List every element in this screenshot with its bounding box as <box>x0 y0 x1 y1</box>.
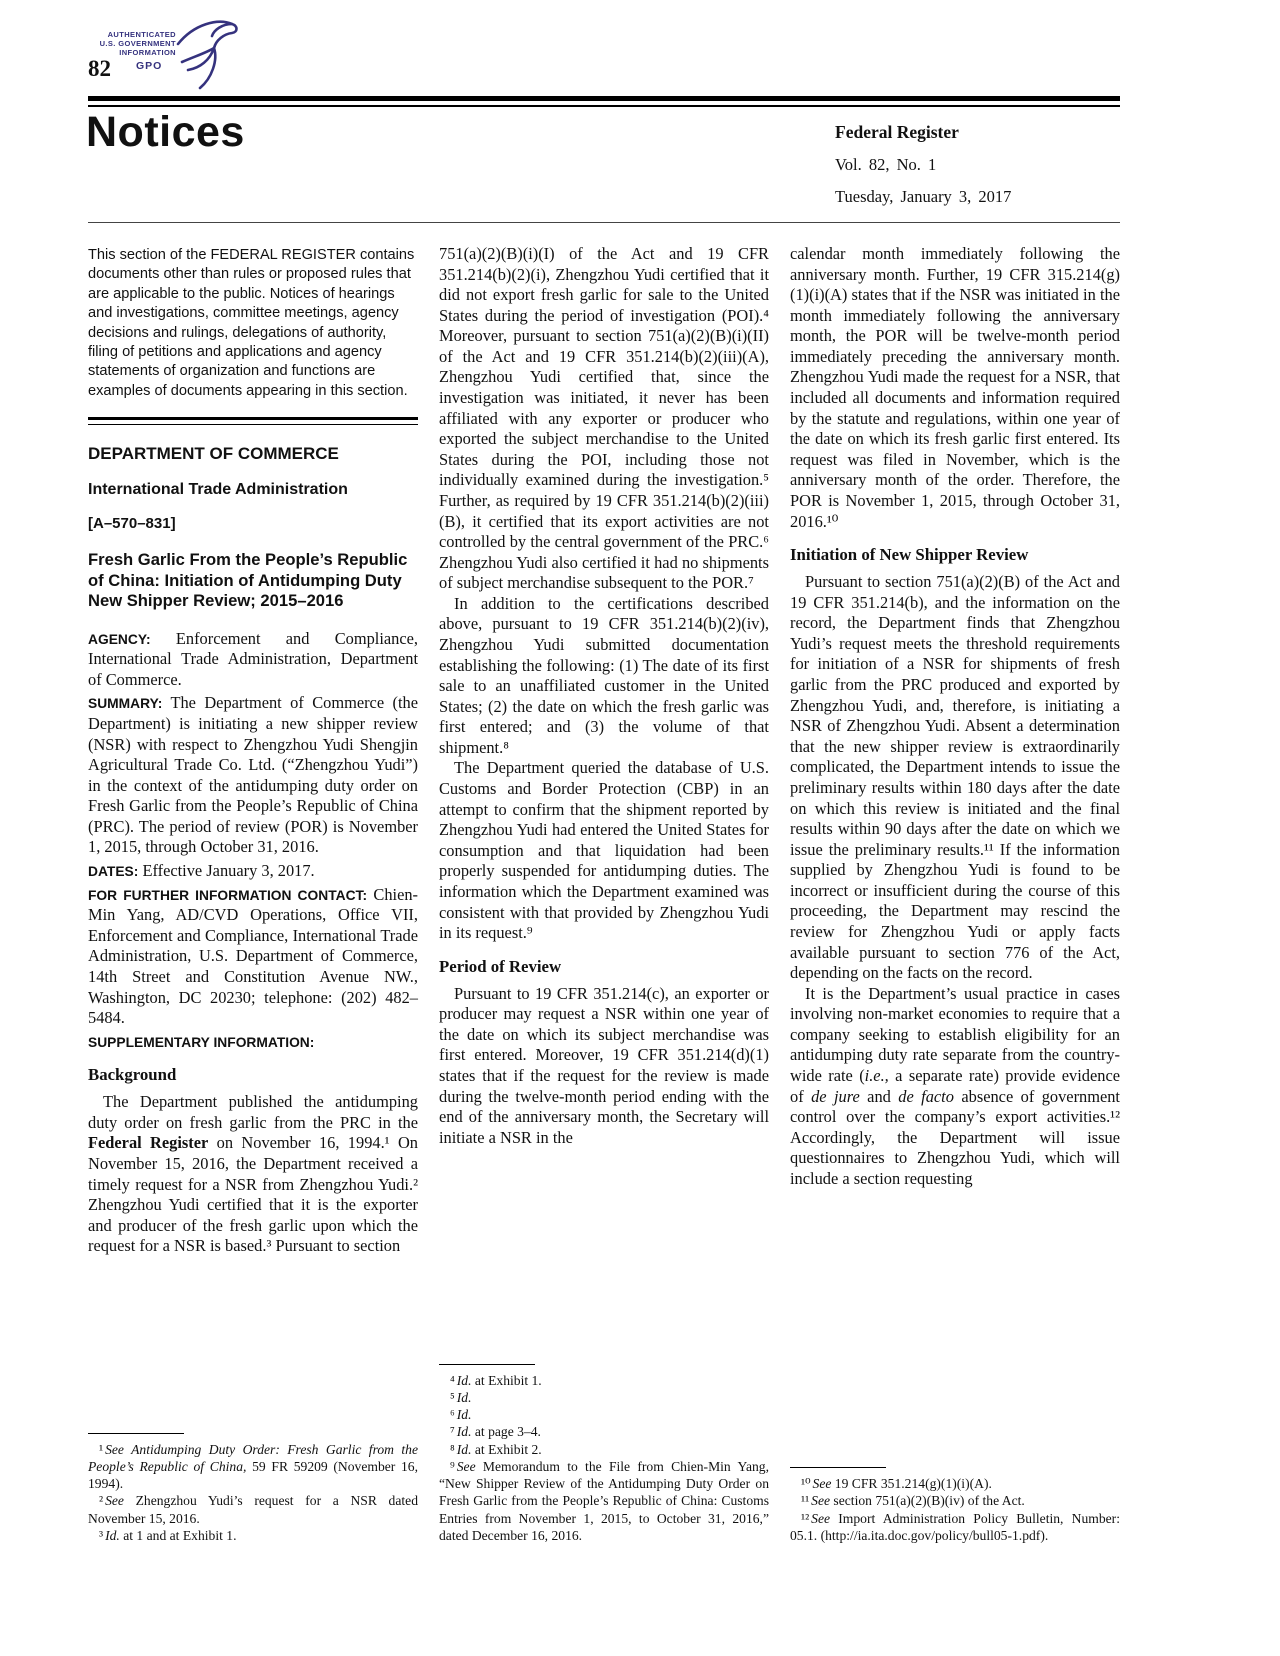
initiation-heading: Initiation of New Shipper Review <box>790 544 1120 565</box>
dates-text: Effective January 3, 2017. <box>138 861 314 880</box>
federal-register-bold: Federal Register <box>88 1133 208 1152</box>
publication-name: Federal Register <box>835 122 1011 143</box>
footnote-10: ¹⁰See 19 CFR 351.214(g)(1)(i)(A). <box>790 1475 1120 1492</box>
footnotes-column-2: ⁴Id. at Exhibit 1. ⁵Id. ⁶Id. ⁷Id. at pag… <box>439 1364 769 1545</box>
volume-number: Vol. 82, No. 1 <box>835 155 1011 175</box>
footnote-rule <box>439 1364 535 1365</box>
header-bottom-rule <box>88 222 1120 223</box>
period-of-review-heading: Period of Review <box>439 956 769 977</box>
footnote-4: ⁴Id. at Exhibit 1. <box>439 1372 769 1389</box>
masthead: Federal Register Vol. 82, No. 1 Tuesday,… <box>835 122 1011 207</box>
gpo-logo-line2: U.S. GOVERNMENT <box>78 39 176 48</box>
footnote-7: ⁷Id. at page 3–4. <box>439 1423 769 1440</box>
gpo-eagle-icon <box>174 16 244 94</box>
footnotes-column-1: ¹See Antidumping Duty Order: Fresh Garli… <box>88 1433 418 1545</box>
dates-label: DATES: <box>88 864 138 879</box>
footnote-11: ¹¹See section 751(a)(2)(B)(iv) of the Ac… <box>790 1492 1120 1509</box>
body-paragraph: In addition to the certifications descri… <box>439 594 769 759</box>
docket-number: [A–570–831] <box>88 515 418 534</box>
column-2: 751(a)(2)(B)(i)(I) of the Act and 19 CFR… <box>439 244 769 1544</box>
contact-paragraph: FOR FURTHER INFORMATION CONTACT: Chien-M… <box>88 885 418 1029</box>
section-title: Notices <box>86 108 245 157</box>
background-heading: Background <box>88 1064 418 1085</box>
background-paragraph: The Department published the antidumping… <box>88 1092 418 1257</box>
header-rule-thick <box>88 96 1120 101</box>
federal-register-notices-page: AUTHENTICATED U.S. GOVERNMENT INFORMATIO… <box>0 0 1280 1656</box>
gpo-logo-line1: AUTHENTICATED <box>78 30 176 39</box>
page-number: 82 <box>88 56 111 82</box>
summary-label: SUMMARY: <box>88 696 162 711</box>
column-3: calendar month immediately following the… <box>790 244 1120 1544</box>
article-columns: This section of the FEDERAL REGISTER con… <box>88 244 1120 1544</box>
section-description: This section of the FEDERAL REGISTER con… <box>88 246 418 401</box>
gpo-logo-text: AUTHENTICATED U.S. GOVERNMENT INFORMATIO… <box>78 30 176 57</box>
footnote-1: ¹See Antidumping Duty Order: Fresh Garli… <box>88 1441 418 1493</box>
body-paragraph: Pursuant to section 751(a)(2)(B) of the … <box>790 572 1120 984</box>
gpo-authenticated-logo: AUTHENTICATED U.S. GOVERNMENT INFORMATIO… <box>78 16 238 94</box>
footnote-rule <box>88 1433 184 1434</box>
summary-text: The Department of Commerce (the Departme… <box>88 693 418 856</box>
body-paragraph: 751(a)(2)(B)(i)(I) of the Act and 19 CFR… <box>439 244 769 594</box>
footnote-12: ¹²See Import Administration Policy Bulle… <box>790 1510 1120 1545</box>
footnote-3: ³Id. at 1 and at Exhibit 1. <box>88 1527 418 1544</box>
footnote-rule <box>790 1467 886 1468</box>
department-heading: DEPARTMENT OF COMMERCE <box>88 443 418 464</box>
section-divider-rule <box>88 417 418 425</box>
footnotes-column-3: ¹⁰See 19 CFR 351.214(g)(1)(i)(A). ¹¹See … <box>790 1467 1120 1544</box>
document-title: Fresh Garlic From the People’s Republic … <box>88 550 418 611</box>
footnote-6: ⁶Id. <box>439 1406 769 1423</box>
footnote-8: ⁸Id. at Exhibit 2. <box>439 1441 769 1458</box>
footnote-9: ⁹See Memorandum to the File from Chien-M… <box>439 1458 769 1544</box>
footnote-2: ²See Zhengzhou Yudi’s request for a NSR … <box>88 1492 418 1527</box>
supplementary-information-label: SUPPLEMENTARY INFORMATION: <box>88 1032 418 1053</box>
header-rule-thin <box>88 105 1120 107</box>
dates-paragraph: DATES: Effective January 3, 2017. <box>88 861 418 882</box>
summary-paragraph: SUMMARY: The Department of Commerce (the… <box>88 693 418 858</box>
body-paragraph: It is the Department’s usual practice in… <box>790 984 1120 1190</box>
contact-label: FOR FURTHER INFORMATION CONTACT: <box>88 888 367 903</box>
gpo-acronym: GPO <box>136 60 162 72</box>
contact-text: Chien-Min Yang, AD/CVD Operations, Offic… <box>88 885 418 1027</box>
administration-heading: International Trade Administration <box>88 480 418 500</box>
body-paragraph: Pursuant to 19 CFR 351.214(c), an export… <box>439 984 769 1149</box>
agency-label: AGENCY: <box>88 632 151 647</box>
body-paragraph: calendar month immediately following the… <box>790 244 1120 532</box>
column-1: This section of the FEDERAL REGISTER con… <box>88 244 418 1544</box>
body-paragraph: The Department queried the database of U… <box>439 758 769 943</box>
footnote-5: ⁵Id. <box>439 1389 769 1406</box>
issue-date: Tuesday, January 3, 2017 <box>835 187 1011 207</box>
agency-paragraph: AGENCY: Enforcement and Compliance, Inte… <box>88 629 418 691</box>
